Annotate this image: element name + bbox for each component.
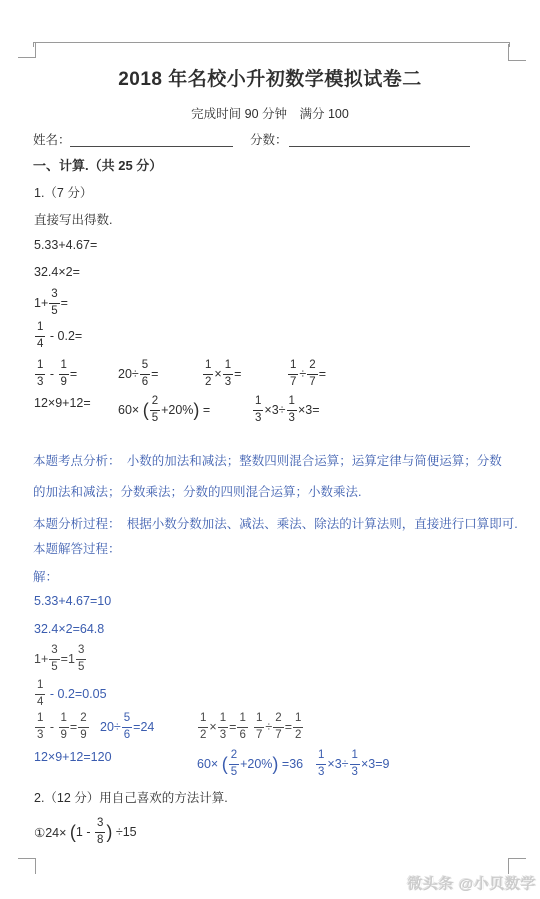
answer-decimal-mul: 32.4×2=64.8 — [34, 622, 104, 636]
solution-label: 解： — [33, 562, 58, 593]
answer-process-heading: 本题解答过程： — [33, 534, 121, 565]
math-expression-frac-div: 17÷27= — [287, 360, 326, 388]
question-1-prompt: 直接写出得数. — [34, 210, 112, 228]
answer-decimal-add: 5.33+4.67=10 — [34, 594, 111, 608]
answer-int-div-frac: 20÷56=24 — [100, 713, 154, 741]
math-expression-decimal-add: 5.33+4.67= — [34, 238, 97, 252]
question-1-label: 1.（7 分） — [34, 183, 92, 201]
answer-frac-chain: 13×3÷13×3=9 — [315, 750, 389, 778]
answer-frac-div: 17÷27=12 — [253, 713, 304, 741]
math-expression-decimal-mul: 32.4×2= — [34, 265, 80, 279]
exam-meta: 完成时间 90 分钟 满分 100 — [0, 104, 540, 122]
crop-mark-top-left — [18, 42, 36, 58]
page-title: 2018 年名校小升初数学模拟试卷二 — [0, 64, 540, 91]
crop-mark-top-right — [508, 44, 526, 61]
math-expression-row-1: 13 - 19= 20÷56= 12×13= 17÷27= — [0, 360, 540, 394]
score-label: 分数： — [250, 130, 288, 148]
math-expression-int-mixed: 12×9+12= — [34, 396, 91, 410]
math-expression-mixed-add: 1+35= — [34, 289, 68, 317]
crop-mark-bottom-left — [18, 858, 36, 874]
document-page: 2018 年名校小升初数学模拟试卷二 完成时间 90 分钟 满分 100 姓名：… — [0, 0, 540, 899]
score-blank-line — [289, 146, 470, 147]
math-expression-frac-mul: 12×13= — [202, 360, 241, 388]
math-expression-frac-sub-decimal: 14 - 0.2= — [34, 322, 82, 350]
question-2-expression: ①24× (1 - 38) ÷15 — [34, 818, 137, 846]
answer-row-1: 13 - 19=29 20÷56=24 12×13=16 17÷27=12 — [0, 713, 540, 747]
math-expression-frac-chain: 13×3÷13×3= — [252, 396, 320, 424]
watermark: 微头条 @小贝数学 — [407, 873, 536, 894]
answer-frac-sub: 13 - 19=29 — [34, 713, 90, 741]
page-top-rule — [33, 42, 510, 43]
analysis-points-paragraph: 本题考点分析： 小数的加法和减法；整数四则混合运算；运算定律与简便运算；分数的加… — [33, 446, 513, 508]
name-label: 姓名： — [33, 130, 71, 148]
math-expression-int-div-frac: 20÷56= — [118, 360, 158, 388]
name-blank-line — [70, 146, 233, 147]
section-1-heading: 一、计算.（共 25 分） — [33, 155, 162, 174]
answer-frac-mul: 12×13=16 — [197, 713, 249, 741]
answer-mixed-add: 1+35=135 — [34, 645, 87, 673]
math-expression-row-2: 12×9+12= 60× (25+20%) = 13×3÷13×3= — [0, 396, 540, 430]
answer-row-2: 12×9+12=120 60× (25+20%) =36 13×3÷13×3=9 — [0, 750, 540, 784]
answer-percent: 60× (25+20%) =36 — [197, 750, 303, 778]
answer-frac-sub-decimal: 14 - 0.2=0.05 — [34, 680, 107, 708]
crop-mark-bottom-right — [508, 858, 526, 874]
question-2-label: 2.（12 分）用自己喜欢的方法计算. — [34, 788, 228, 806]
math-expression-frac-sub: 13 - 19= — [34, 360, 77, 388]
answer-int-mixed: 12×9+12=120 — [34, 750, 112, 764]
math-expression-percent: 60× (25+20%) = — [118, 396, 210, 424]
